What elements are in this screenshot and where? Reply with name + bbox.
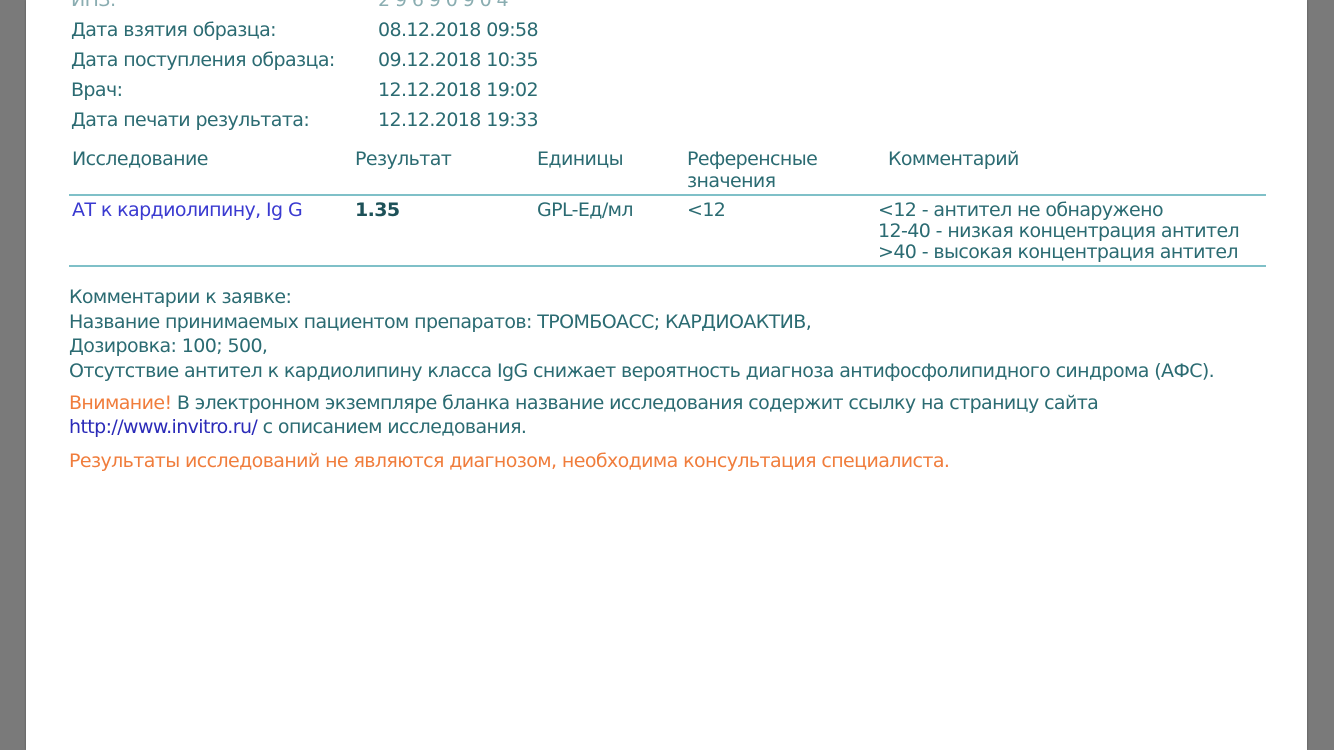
- sample-info: ИНЗ: 2 9 6 9 0 9 0 4 Дата взятия образца…: [71, 0, 538, 135]
- comment-cell: <12 - антител не обнаружено 12-40 - низк…: [876, 200, 1266, 263]
- results-table: Исследование Результат Единицы Референсн…: [69, 146, 1266, 267]
- info-row-sample-taken: Дата взятия образца: 08.12.2018 09:58: [71, 15, 538, 45]
- info-value: 12.12.2018 19:02: [378, 75, 538, 105]
- info-row-print-date: Дата печати результата: 12.12.2018 19:33: [71, 105, 538, 135]
- info-value: 2 9 6 9 0 9 0 4: [378, 0, 508, 15]
- info-label: Дата поступления образца:: [71, 45, 378, 75]
- invitro-site-link[interactable]: http://www.invitro.ru/: [69, 416, 257, 438]
- disclaimer: Результаты исследований не являются диаг…: [69, 449, 1289, 474]
- info-value: 09.12.2018 10:35: [378, 45, 538, 75]
- test-cell: АТ к кардиолипину, Ig G: [69, 200, 352, 263]
- header-comment: Комментарий: [876, 148, 1266, 194]
- notes-section: Комментарии к заявке: Название принимаем…: [69, 285, 1289, 474]
- attention-text: В электронном экземпляре бланка название…: [171, 392, 1098, 414]
- header-result: Результат: [352, 148, 534, 194]
- header-reference: Референсные значения: [684, 148, 876, 194]
- table-row: АТ к кардиолипину, Ig G 1.35 GPL-Ед/мл <…: [69, 196, 1266, 267]
- info-label: ИНЗ:: [71, 0, 378, 15]
- info-row-sample-received: Дата поступления образца: 09.12.2018 10:…: [71, 45, 538, 75]
- order-comments-title: Комментарии к заявке:: [69, 285, 1289, 310]
- info-label: Дата взятия образца:: [71, 15, 378, 45]
- comment-line: <12 - антител не обнаружено: [878, 200, 1266, 221]
- header-units: Единицы: [534, 148, 684, 194]
- comment-line: >40 - высокая концентрация антител: [878, 242, 1266, 263]
- info-label: Дата печати результата:: [71, 105, 378, 135]
- results-table-header: Исследование Результат Единицы Референсн…: [69, 146, 1266, 196]
- info-row-inz: ИНЗ: 2 9 6 9 0 9 0 4: [71, 0, 538, 15]
- info-label: Врач:: [71, 75, 378, 105]
- reference-cell: <12: [684, 200, 876, 263]
- order-comments-interpretation: Отсутствие антител к кардиолипину класса…: [69, 359, 1289, 384]
- info-row-doctor: Врач: 12.12.2018 19:02: [71, 75, 538, 105]
- order-comments-dosage: Дозировка: 100; 500,: [69, 334, 1289, 359]
- info-value: 08.12.2018 09:58: [378, 15, 538, 45]
- attention-label: Внимание!: [69, 392, 171, 414]
- comment-line: 12-40 - низкая концентрация антител: [878, 221, 1266, 242]
- order-comments-drugs: Название принимаемых пациентом препарато…: [69, 310, 1289, 335]
- header-reference-line1: Референсные: [687, 148, 876, 170]
- document-viewer: ИНЗ: 2 9 6 9 0 9 0 4 Дата взятия образца…: [0, 0, 1334, 750]
- document-page[interactable]: ИНЗ: 2 9 6 9 0 9 0 4 Дата взятия образца…: [26, 0, 1307, 750]
- attention-note: Внимание! В электронном экземпляре бланк…: [69, 391, 1289, 439]
- test-name-link[interactable]: АТ к кардиолипину, Ig G: [72, 199, 302, 221]
- attention-link-suffix: с описанием исследования.: [257, 416, 526, 438]
- info-value: 12.12.2018 19:33: [378, 105, 538, 135]
- units-cell: GPL-Ед/мл: [534, 200, 684, 263]
- header-test: Исследование: [69, 148, 352, 194]
- result-value: 1.35: [352, 200, 534, 263]
- header-reference-line2: значения: [687, 170, 876, 192]
